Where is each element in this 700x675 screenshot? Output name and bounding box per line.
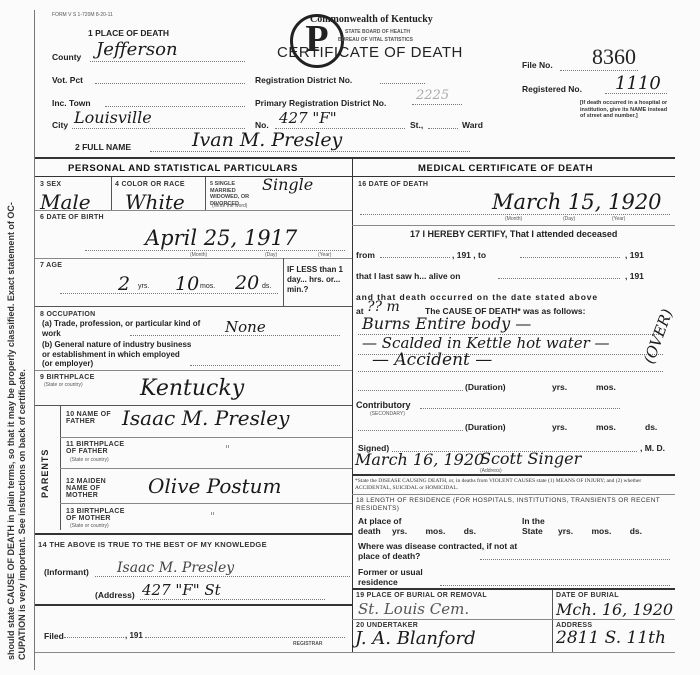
mother-value: Olive Postum	[148, 474, 282, 498]
duration-label-1: (Duration)	[465, 382, 506, 392]
row-rule-2	[35, 258, 352, 259]
divider-center	[352, 157, 353, 652]
contributory-line	[420, 407, 620, 409]
dod-label: 16 DATE OF DEATH	[358, 181, 428, 188]
medical-title-rule	[352, 176, 675, 177]
burial-col-rule	[552, 590, 553, 652]
secondary-hint: (SECONDARY)	[370, 411, 405, 417]
burial-date-value: Mch. 16, 1920	[556, 600, 673, 619]
to-label: , 191 , to	[452, 250, 486, 260]
primary-registration-label: Primary Registration District No.	[255, 98, 386, 108]
father-birthplace-value: "	[225, 443, 230, 456]
street-no-value: 427 "F"	[279, 109, 337, 127]
md-label: , M. D.	[640, 443, 665, 453]
informant-heading: 14 THE ABOVE IS TRUE TO THE BEST OF MY K…	[38, 540, 267, 549]
vot-pct-label: Vot. Pct	[52, 75, 83, 85]
address-value: 427 "F" St	[142, 581, 221, 599]
st-label: St.,	[410, 120, 423, 130]
medical-rule-4	[352, 588, 675, 590]
parents-label: PARENTS	[40, 449, 50, 498]
duration-yrs-2: yrs.	[552, 422, 567, 432]
inc-town-label: Inc. Town	[52, 98, 91, 108]
former-line	[440, 584, 670, 586]
duration-label-2: (Duration)	[465, 422, 506, 432]
registered-no-label: Registered No.	[522, 84, 582, 94]
to-line	[520, 256, 620, 258]
dod-hint-year: (Year)	[612, 216, 625, 222]
contributory-label: Contributory	[356, 400, 411, 410]
informant-rule-bottom	[35, 604, 352, 606]
occupation-b: (b) General nature of industry business …	[42, 340, 192, 369]
dod-value: March 15, 1920	[492, 190, 662, 214]
primary-registration-value: 2225	[416, 88, 449, 103]
filed-label: Filed	[44, 631, 64, 641]
divider-top	[35, 157, 675, 159]
inc-town-line	[105, 96, 245, 107]
duration-mos-1: mos.	[596, 382, 616, 392]
at-place-mos: mos.	[426, 526, 446, 536]
mother-birthplace-label: 13 BIRTHPLACE OF MOTHER	[66, 508, 126, 522]
mother-birthplace-hint: (State or country)	[70, 523, 109, 529]
duration-yrs-1: yrs.	[552, 382, 567, 392]
dod-hint-month: (Month)	[505, 216, 522, 222]
medical-rule-5	[352, 619, 675, 620]
registered-no-value: 1110	[615, 73, 661, 94]
address-line: 427 "F" St	[140, 593, 325, 600]
color-label: 4 COLOR OR RACE	[115, 181, 185, 188]
header-title: CERTIFICATE OF DEATH	[277, 44, 463, 61]
mother-birthplace-value: "	[210, 510, 215, 523]
burial-place-value: St. Louis Cem.	[358, 600, 469, 618]
header-bureau: BUREAU OF VITAL STATISTICS	[338, 37, 413, 43]
row-rule-8	[60, 503, 352, 504]
from-line	[380, 256, 450, 258]
bottom-rule-right	[352, 652, 675, 653]
marital-hint: (Write the word)	[212, 203, 247, 209]
registration-district-label: Registration District No.	[255, 75, 352, 85]
at-place-yrs: yrs.	[392, 526, 407, 536]
row-rule-6	[60, 437, 352, 438]
medical-title: MEDICAL CERTIFICATE OF DEATH	[418, 163, 593, 174]
duration-line-1	[358, 389, 463, 391]
side-note-line2: CUPATION is very important. See instruct…	[17, 369, 27, 660]
row-rule-3	[35, 306, 352, 307]
age-mos: 10	[175, 273, 199, 295]
undertaker-value: J. A. Blanford	[355, 628, 476, 649]
occupation-label: 8 OCCUPATION	[40, 311, 95, 318]
father-label: 10 NAME OF FATHER	[66, 411, 116, 425]
last-saw-year: , 191	[625, 271, 644, 281]
sex-label: 3 SEX	[40, 181, 61, 188]
less-day-rule	[283, 258, 284, 306]
undertaker-address-value: 2811 S. 11th	[556, 628, 666, 648]
last-saw-line	[498, 277, 620, 279]
mother-label: 12 MAIDEN NAME OF MOTHER	[66, 478, 126, 499]
vot-pct-line	[95, 73, 245, 84]
occupation-b-line	[190, 364, 340, 366]
burial-date-label: DATE OF BURIAL	[556, 592, 619, 599]
header-board: STATE BOARD OF HEALTH	[345, 29, 410, 35]
to-year: , 191	[625, 250, 644, 260]
less-than-day: IF LESS than 1 day... hrs. or... min.?	[287, 265, 349, 295]
bottom-rule-left	[35, 652, 352, 653]
form-code: FORM V S 1-720M 8-20-11	[52, 12, 113, 18]
birthplace-value: Kentucky	[140, 376, 244, 401]
dob-value: April 25, 1917	[145, 226, 297, 250]
county-line: Jefferson	[90, 47, 245, 62]
in-state-mos: mos.	[592, 526, 612, 536]
personal-title: PERSONAL AND STATISTICAL PARTICULARS	[68, 163, 298, 174]
at-value: ?? m	[367, 299, 400, 315]
registration-district-line	[380, 74, 425, 84]
at-place-ds: ds.	[464, 526, 476, 536]
certify-text: 17 I HEREBY CERTIFY, That I attended dec…	[410, 229, 617, 239]
row-rule-1	[35, 210, 352, 211]
cause-line-3	[358, 370, 663, 372]
cause-line3: — Accident —	[372, 350, 492, 370]
medical-rule-1	[352, 225, 675, 226]
city-label: City	[52, 120, 68, 130]
full-name-line: Ivan M. Presley	[150, 142, 470, 152]
margin-rule	[34, 10, 35, 670]
duration-ds-2: ds.	[645, 422, 657, 432]
filed-line	[64, 636, 124, 638]
county-label: County	[52, 52, 81, 62]
at-place-units: yrs. mos. ds.	[392, 526, 476, 536]
duration-mos-2: mos.	[596, 422, 616, 432]
city-value: Louisville	[74, 108, 152, 127]
informant-value: Isaac M. Presley	[117, 560, 234, 576]
age-mos-label: mos.	[200, 283, 215, 290]
age-ds-label: ds.	[262, 283, 271, 290]
file-no-value: 8360	[592, 44, 636, 70]
registered-no-line: 1110	[605, 85, 667, 94]
city-line: Louisville	[72, 116, 245, 129]
ward-line	[428, 119, 458, 129]
color-col-rule	[205, 177, 206, 210]
ward-label: Ward	[462, 120, 483, 130]
residence-label: 18 LENGTH OF RESIDENCE (FOR HOSPITALS, I…	[356, 497, 674, 512]
registrar-line	[145, 636, 345, 638]
birthplace-hint: (State or country)	[44, 382, 83, 388]
primary-registration-line: 2225	[412, 94, 462, 105]
duration-line-2	[358, 429, 463, 431]
from-label: from	[356, 250, 375, 260]
medical-rule-3	[352, 494, 675, 495]
in-state-ds: ds.	[630, 526, 642, 536]
address-label: (Address)	[95, 590, 135, 600]
informant-line: Isaac M. Presley	[95, 570, 350, 577]
sex-col-rule	[111, 177, 112, 210]
contracted-line	[480, 558, 670, 560]
dob-label: 6 DATE OF BIRTH	[40, 214, 104, 221]
burial-place-label: 19 PLACE OF BURIAL OR REMOVAL	[356, 592, 487, 599]
side-instructions: should state CAUSE OF DEATH in plain ter…	[2, 10, 36, 670]
header-state: Commonwealth of Kentucky	[310, 14, 433, 25]
dod-hint-day: (Day)	[563, 216, 575, 222]
file-no-label: File No.	[522, 60, 553, 70]
last-saw-text: that I last saw h... alive on	[356, 271, 460, 281]
county-value: Jefferson	[96, 39, 178, 60]
footnote: *State the DISEASE CAUSING DEATH, or, in…	[355, 478, 675, 491]
full-name-value: Ivan M. Presley	[192, 129, 342, 151]
in-state-units: yrs. mos. ds.	[558, 526, 642, 536]
over-note: (OVER)	[640, 307, 676, 367]
marital-value: Single	[262, 175, 313, 194]
medical-rule-2	[352, 474, 675, 476]
father-birthplace-hint: (State or country)	[70, 457, 109, 463]
filed-year: , 191	[125, 631, 143, 640]
cause-line1: Burns Entire body —	[362, 314, 531, 333]
registrar-label: REGISTRAR	[293, 641, 322, 647]
street-no-line: 427 "F"	[275, 117, 405, 129]
in-state-yrs: yrs.	[558, 526, 573, 536]
side-note-line1: should state CAUSE OF DEATH in plain ter…	[6, 202, 16, 660]
father-birthplace-label: 11 BIRTHPLACE OF FATHER	[66, 441, 126, 455]
informant-label: (Informant)	[44, 567, 89, 577]
signed-date: March 16, 1920	[355, 450, 484, 469]
father-value: Isaac M. Presley	[122, 406, 289, 430]
age-label: 7 AGE	[40, 262, 62, 269]
informant-rule-top	[35, 533, 352, 535]
row-rule-7	[60, 468, 352, 469]
birthplace-label: 9 BIRTHPLACE	[40, 374, 95, 381]
former-label: Former or usual residence	[358, 567, 448, 587]
place-of-death-heading: 1 PLACE OF DEATH	[88, 28, 169, 38]
signed-name: Scott Singer	[480, 449, 581, 468]
occupation-a-value: None	[225, 318, 266, 336]
in-state-label: In the State	[522, 516, 562, 536]
row-rule-4	[35, 370, 352, 371]
hospital-note: [If death occurred in a hospital or inst…	[580, 100, 670, 120]
age-yrs-label: yrs.	[138, 283, 149, 290]
age-ds: 20	[235, 272, 259, 294]
age-yrs: 2	[118, 273, 130, 295]
full-name-label: 2 FULL NAME	[75, 142, 131, 152]
